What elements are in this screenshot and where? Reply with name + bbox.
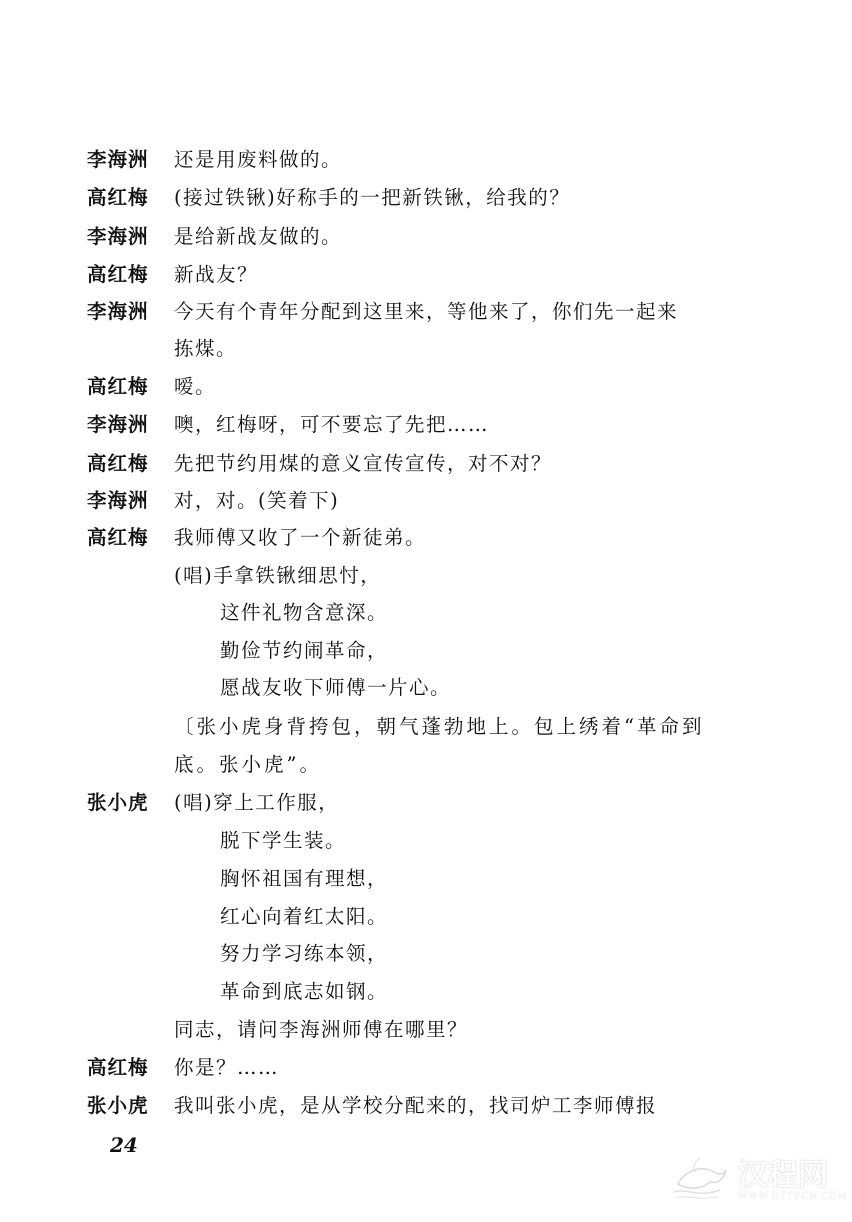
song-text: 胸怀祖国有理想， <box>220 864 388 894</box>
speaker-name: 高红梅 <box>87 372 149 402</box>
speaker-name: 高红梅 <box>87 260 149 290</box>
dialogue-text: 嗳。 <box>174 372 216 402</box>
dialogue-text: 先把节约用煤的意义宣传宣传，对不对？ <box>174 449 552 479</box>
dialogue-text: 我叫张小虎，是从学校分配来的，找司炉工李师傅报 <box>174 1091 657 1121</box>
dialogue-text: 是给新战友做的。 <box>174 222 342 252</box>
dialogue-text: 还是用废料做的。 <box>174 145 342 175</box>
speaker-name: 李海洲 <box>87 222 149 252</box>
dialogue-text: 新战友？ <box>174 260 258 290</box>
speaker-name: 张小虎 <box>87 788 149 818</box>
speaker-name: 高红梅 <box>87 523 149 553</box>
speaker-name: 高红梅 <box>87 183 149 213</box>
dolphin-logo-icon <box>670 1154 730 1204</box>
song-text: (唱)手拿铁锹细思忖， <box>174 561 381 591</box>
dialogue-text: 今天有个青年分配到这里来，等他来了，你们先一起来 <box>174 297 678 327</box>
stage-direction-text: 〔张小虎身背挎包，朝气蓬勃地上。包上绣着“革命到 <box>174 712 704 742</box>
song-text: 脱下学生装。 <box>220 826 346 856</box>
speaker-name: 李海洲 <box>87 145 149 175</box>
song-text: 红心向着红太阳。 <box>220 902 388 932</box>
stage-direction-text: 底。张小虎”。 <box>174 750 322 780</box>
song-text: 勤俭节约闹革命， <box>220 636 388 666</box>
watermark-url: WWW.HTTPCN.COM <box>738 1192 848 1202</box>
speaker-name: 李海洲 <box>87 486 149 516</box>
page-number: 24 <box>110 1133 138 1157</box>
speaker-name: 高红梅 <box>87 449 149 479</box>
dialogue-text: (接过铁锹)好称手的一把新铁锹，给我的？ <box>174 183 570 213</box>
dialogue-text: 你是？…… <box>174 1053 279 1083</box>
song-text: 努力学习练本领， <box>220 939 388 969</box>
dialogue-text: 对，对。(笑着下) <box>174 486 339 516</box>
song-text: 愿战友收下师傅一片心。 <box>220 673 451 703</box>
dialogue-text: 拣煤。 <box>174 334 237 364</box>
watermark: 汉程网 WWW.HTTPCN.COM <box>660 1148 840 1208</box>
speaker-name: 李海洲 <box>87 297 149 327</box>
dialogue-text: 噢，红梅呀，可不要忘了先把…… <box>174 410 489 440</box>
dialogue-text: 同志，请问李海洲师傅在哪里？ <box>174 1015 468 1045</box>
dialogue-text: 我师傅又收了一个新徒弟。 <box>174 523 426 553</box>
song-text: 革命到底志如钢。 <box>220 977 388 1007</box>
speaker-name: 高红梅 <box>87 1053 149 1083</box>
book-page: 李海洲 还是用废料做的。 高红梅 (接过铁锹)好称手的一把新铁锹，给我的？ 李海… <box>0 0 852 1222</box>
speaker-name: 李海洲 <box>87 410 149 440</box>
watermark-title: 汉程网 <box>738 1150 828 1194</box>
song-text: 这件礼物含意深。 <box>220 598 388 628</box>
speaker-name: 张小虎 <box>87 1091 149 1121</box>
song-text: (唱)穿上工作服， <box>174 788 339 818</box>
